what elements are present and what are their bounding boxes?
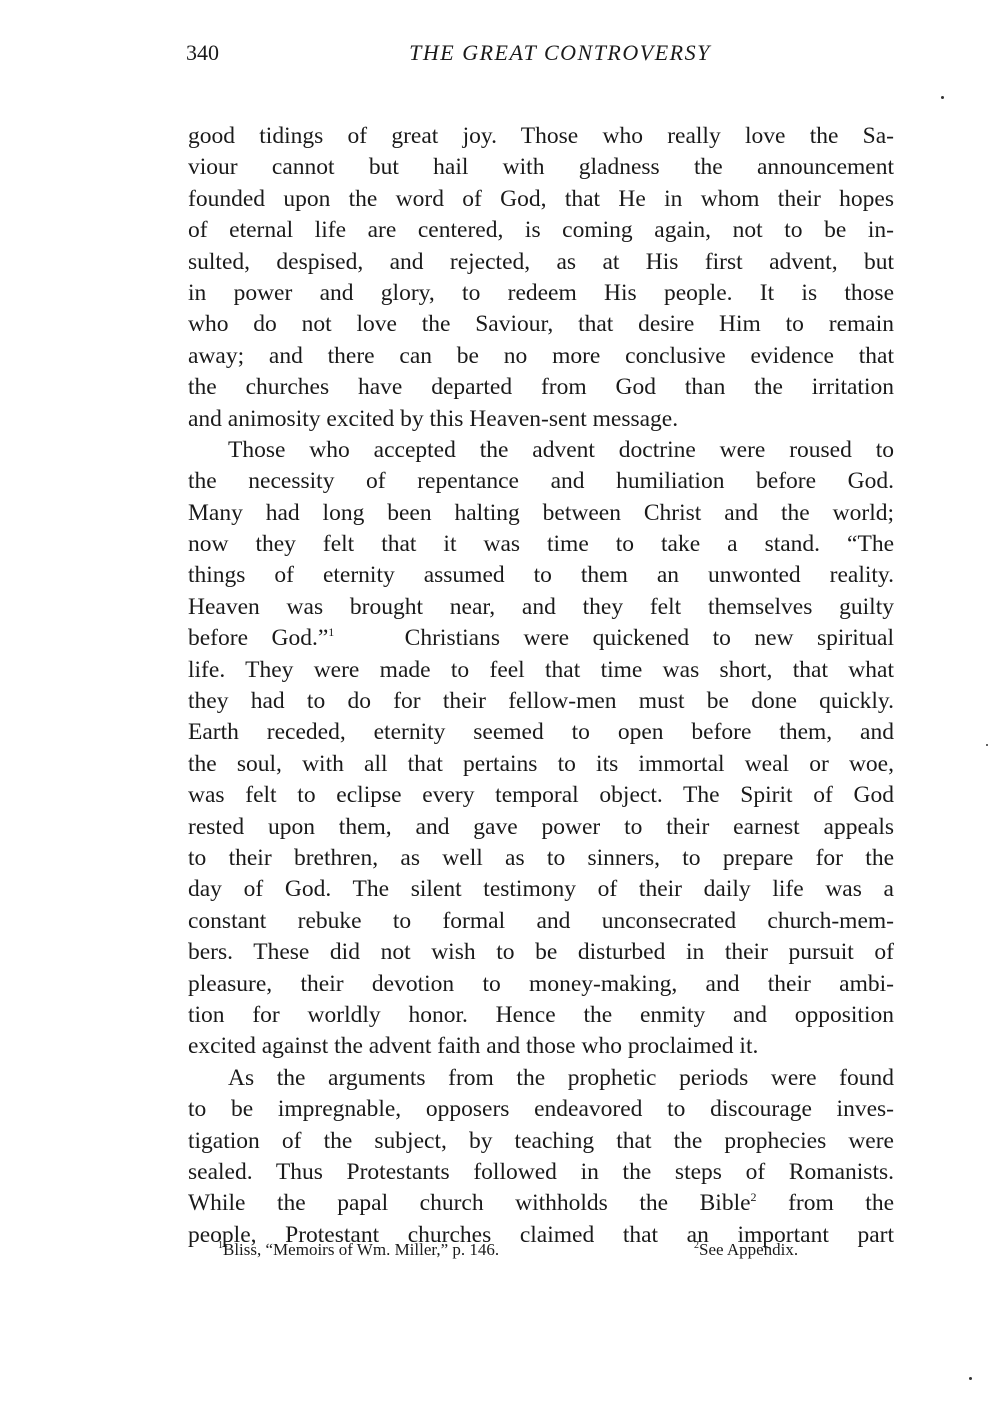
- text-line: the soul, with all that pertains to its …: [188, 749, 894, 780]
- scan-speck: [941, 96, 944, 99]
- text-line: and animosity excited by this Heaven-sen…: [188, 404, 894, 435]
- text-line: Those who accepted the advent doctrine w…: [188, 435, 894, 466]
- text-line: the necessity of repentance and humiliat…: [188, 466, 894, 497]
- text-line: Many had long been halting between Chris…: [188, 498, 894, 529]
- body-text: good tidings of great joy. Those who rea…: [188, 121, 894, 1251]
- text-line: to be impregnable, opposers endeavored t…: [188, 1094, 894, 1125]
- text-line: of eternal life are centered, is coming …: [188, 215, 894, 246]
- text-fragment: from the: [788, 1190, 894, 1216]
- footnote-text: Bliss, “Memoirs of Wm. Miller,” p. 146.: [223, 1240, 499, 1259]
- text-line: they had to do for their fellow-men must…: [188, 686, 894, 717]
- text-line: constant rebuke to formal and unconsecra…: [188, 906, 894, 937]
- text-line: was felt to eclipse every temporal objec…: [188, 780, 894, 811]
- footnotes: 1Bliss, “Memoirs of Wm. Miller,” p. 146.…: [218, 1240, 858, 1264]
- text-line: Heaven was brought near, and they felt t…: [188, 592, 894, 623]
- text-line-with-footnote: before God.”1 Christians were quickened …: [188, 623, 894, 654]
- text-line: excited against the advent faith and tho…: [188, 1031, 894, 1062]
- text-line: the churches have departed from God than…: [188, 372, 894, 403]
- text-line: viour cannot but hail with gladness the …: [188, 152, 894, 183]
- text-line: in power and glory, to redeem His people…: [188, 278, 894, 309]
- page-header: 340 THE GREAT CONTROVERSY: [186, 40, 894, 70]
- text-line: founded upon the word of God, that He in…: [188, 184, 894, 215]
- text-line: tion for worldly honor. Hence the enmity…: [188, 1000, 894, 1031]
- footnote-marker: 1: [328, 625, 334, 639]
- text-line: now they felt that it was time to take a…: [188, 529, 894, 560]
- text-line: day of God. The silent testimony of thei…: [188, 874, 894, 905]
- footnote-1: 1Bliss, “Memoirs of Wm. Miller,” p. 146.: [218, 1240, 499, 1260]
- text-line: things of eternity assumed to them an un…: [188, 560, 894, 591]
- text-line: sealed. Thus Protestants followed in the…: [188, 1157, 894, 1188]
- text-line: sulted, despised, and rejected, as at Hi…: [188, 247, 894, 278]
- text-line: Earth receded, eternity seemed to open b…: [188, 717, 894, 748]
- footnote-2: 2See Appendix.: [694, 1240, 798, 1260]
- text-line-with-footnote: While the papal church withholds the Bib…: [188, 1188, 894, 1219]
- text-line: bers. These did not wish to be disturbed…: [188, 937, 894, 968]
- text-fragment: before God.”: [188, 625, 328, 651]
- text-line: to their brethren, as well as to sinners…: [188, 843, 894, 874]
- scan-speck: [969, 1377, 972, 1380]
- text-line: life. They were made to feel that time w…: [188, 655, 894, 686]
- scan-speck: [986, 744, 988, 746]
- text-line: pleasure, their devotion to money-making…: [188, 969, 894, 1000]
- text-fragment: Christians were quickened to new spiritu…: [405, 625, 894, 651]
- text-line: who do not love the Saviour, that desire…: [188, 309, 894, 340]
- footnote-text: See Appendix.: [699, 1240, 798, 1259]
- text-line: As the arguments from the prophetic peri…: [188, 1063, 894, 1094]
- text-line: tigation of the subject, by teaching tha…: [188, 1126, 894, 1157]
- text-line: good tidings of great joy. Those who rea…: [188, 121, 894, 152]
- text-line: rested upon them, and gave power to thei…: [188, 812, 894, 843]
- running-title: THE GREAT CONTROVERSY: [186, 40, 894, 66]
- book-page: 340 THE GREAT CONTROVERSY good tidings o…: [0, 0, 1000, 1411]
- footnote-marker: 2: [751, 1190, 757, 1204]
- text-fragment: While the papal church withholds the Bib…: [188, 1190, 751, 1216]
- text-line: away; and there can be no more conclusiv…: [188, 341, 894, 372]
